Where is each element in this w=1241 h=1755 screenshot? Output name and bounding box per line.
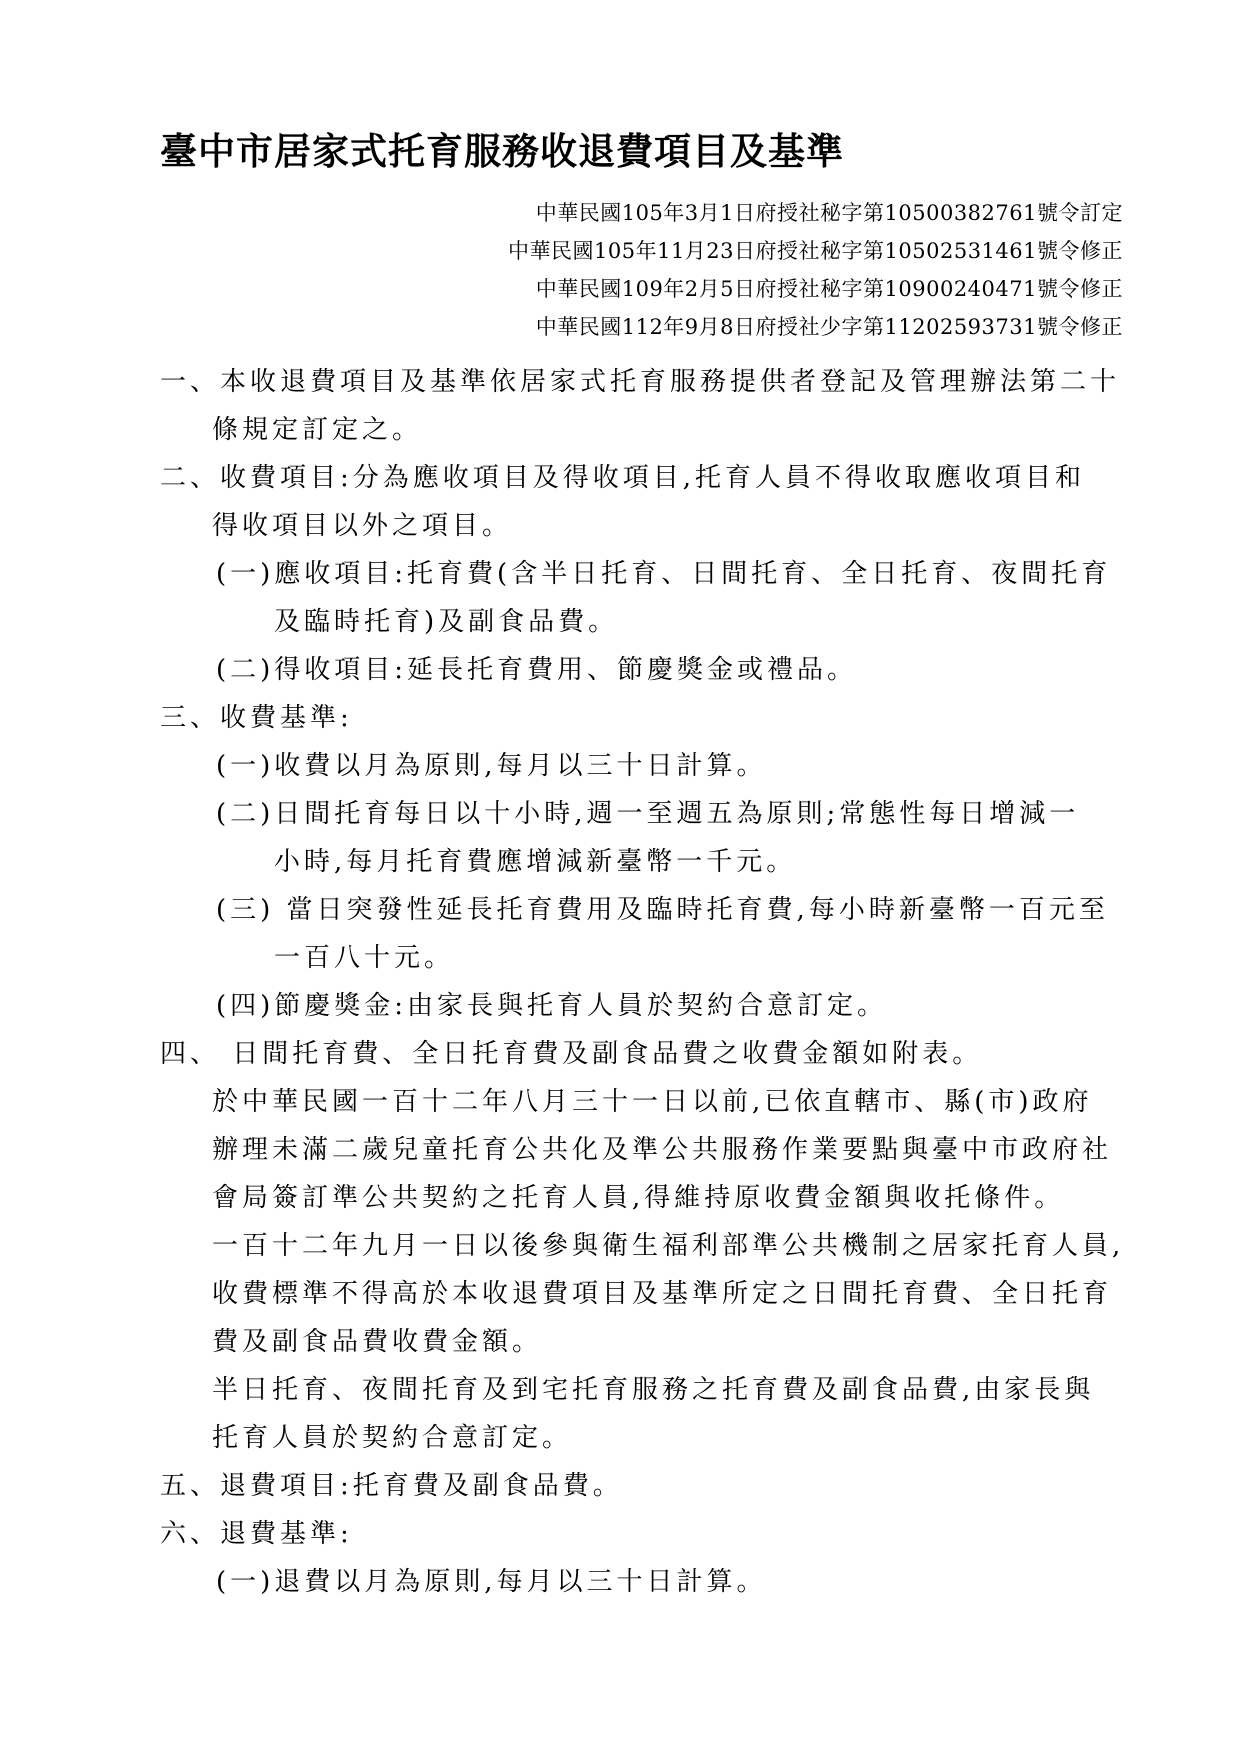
revision-line: 中華民國105年11月23日府授社秘字第10502531461號令修正 bbox=[160, 232, 1123, 270]
body-line: 收費標準不得高於本收退費項目及基準所定之日間托育費、全日托育 bbox=[212, 1270, 1123, 1318]
body-line: 一百十二年九月一日以後參與衛生福利部準公共機制之居家托育人員, bbox=[212, 1222, 1123, 1270]
body-line: (二)得收項目:延長托育費用、節慶獎金或禮品。 bbox=[216, 646, 1123, 694]
body-line: (一)收費以月為原則,每月以三十日計算。 bbox=[216, 742, 1123, 790]
body-line: 四、 日間托育費、全日托育費及副食品費之收費金額如附表。 bbox=[160, 1030, 1123, 1078]
body-line: 二、收費項目:分為應收項目及得收項目,托育人員不得收取應收項目和 bbox=[160, 454, 1123, 502]
body-line: (一)退費以月為原則,每月以三十日計算。 bbox=[216, 1558, 1123, 1606]
body-line: 費及副食品費收費金額。 bbox=[212, 1318, 1123, 1366]
body-line: (四)節慶獎金:由家長與托育人員於契約合意訂定。 bbox=[216, 982, 1123, 1030]
body-line: 會局簽訂準公共契約之托育人員,得維持原收費金額與收托條件。 bbox=[212, 1174, 1123, 1222]
body-line: 托育人員於契約合意訂定。 bbox=[212, 1414, 1123, 1462]
document-body: 一、本收退費項目及基準依居家式托育服務提供者登記及管理辦法第二十 條規定訂定之。… bbox=[160, 358, 1123, 1606]
revision-line: 中華民國105年3月1日府授社秘字第10500382761號令訂定 bbox=[160, 194, 1123, 232]
body-line: (一)應收項目:托育費(含半日托育、日間托育、全日托育、夜間托育 bbox=[216, 550, 1123, 598]
body-line: 三、收費基準: bbox=[160, 694, 1123, 742]
body-line: 於中華民國一百十二年八月三十一日以前,已依直轄市、縣(市)政府 bbox=[212, 1078, 1123, 1126]
body-line: 小時,每月托育費應增減新臺幣一千元。 bbox=[274, 838, 1123, 886]
revision-line: 中華民國112年9月8日府授社少字第11202593731號令修正 bbox=[160, 308, 1123, 346]
document-page: 臺中市居家式托育服務收退費項目及基準 中華民國105年3月1日府授社秘字第105… bbox=[0, 0, 1241, 1755]
body-line: 辦理未滿二歲兒童托育公共化及準公共服務作業要點與臺中市政府社 bbox=[212, 1126, 1123, 1174]
body-line: 半日托育、夜間托育及到宅托育服務之托育費及副食品費,由家長與 bbox=[212, 1366, 1123, 1414]
revision-history: 中華民國105年3月1日府授社秘字第10500382761號令訂定 中華民國10… bbox=[160, 194, 1123, 346]
body-line: 五、退費項目:托育費及副食品費。 bbox=[160, 1462, 1123, 1510]
body-line: 一、本收退費項目及基準依居家式托育服務提供者登記及管理辦法第二十 bbox=[160, 358, 1123, 406]
body-line: 得收項目以外之項目。 bbox=[212, 502, 1123, 550]
body-line: 六、退費基準: bbox=[160, 1510, 1123, 1558]
body-line: 及臨時托育)及副食品費。 bbox=[274, 598, 1123, 646]
body-line: (三) 當日突發性延長托育費用及臨時托育費,每小時新臺幣一百元至 bbox=[216, 886, 1123, 934]
body-line: 條規定訂定之。 bbox=[212, 406, 1123, 454]
page-title: 臺中市居家式托育服務收退費項目及基準 bbox=[160, 128, 1123, 174]
revision-line: 中華民國109年2月5日府授社秘字第10900240471號令修正 bbox=[160, 270, 1123, 308]
body-line: (二)日間托育每日以十小時,週一至週五為原則;常態性每日增減一 bbox=[216, 790, 1123, 838]
body-line: 一百八十元。 bbox=[274, 934, 1123, 982]
